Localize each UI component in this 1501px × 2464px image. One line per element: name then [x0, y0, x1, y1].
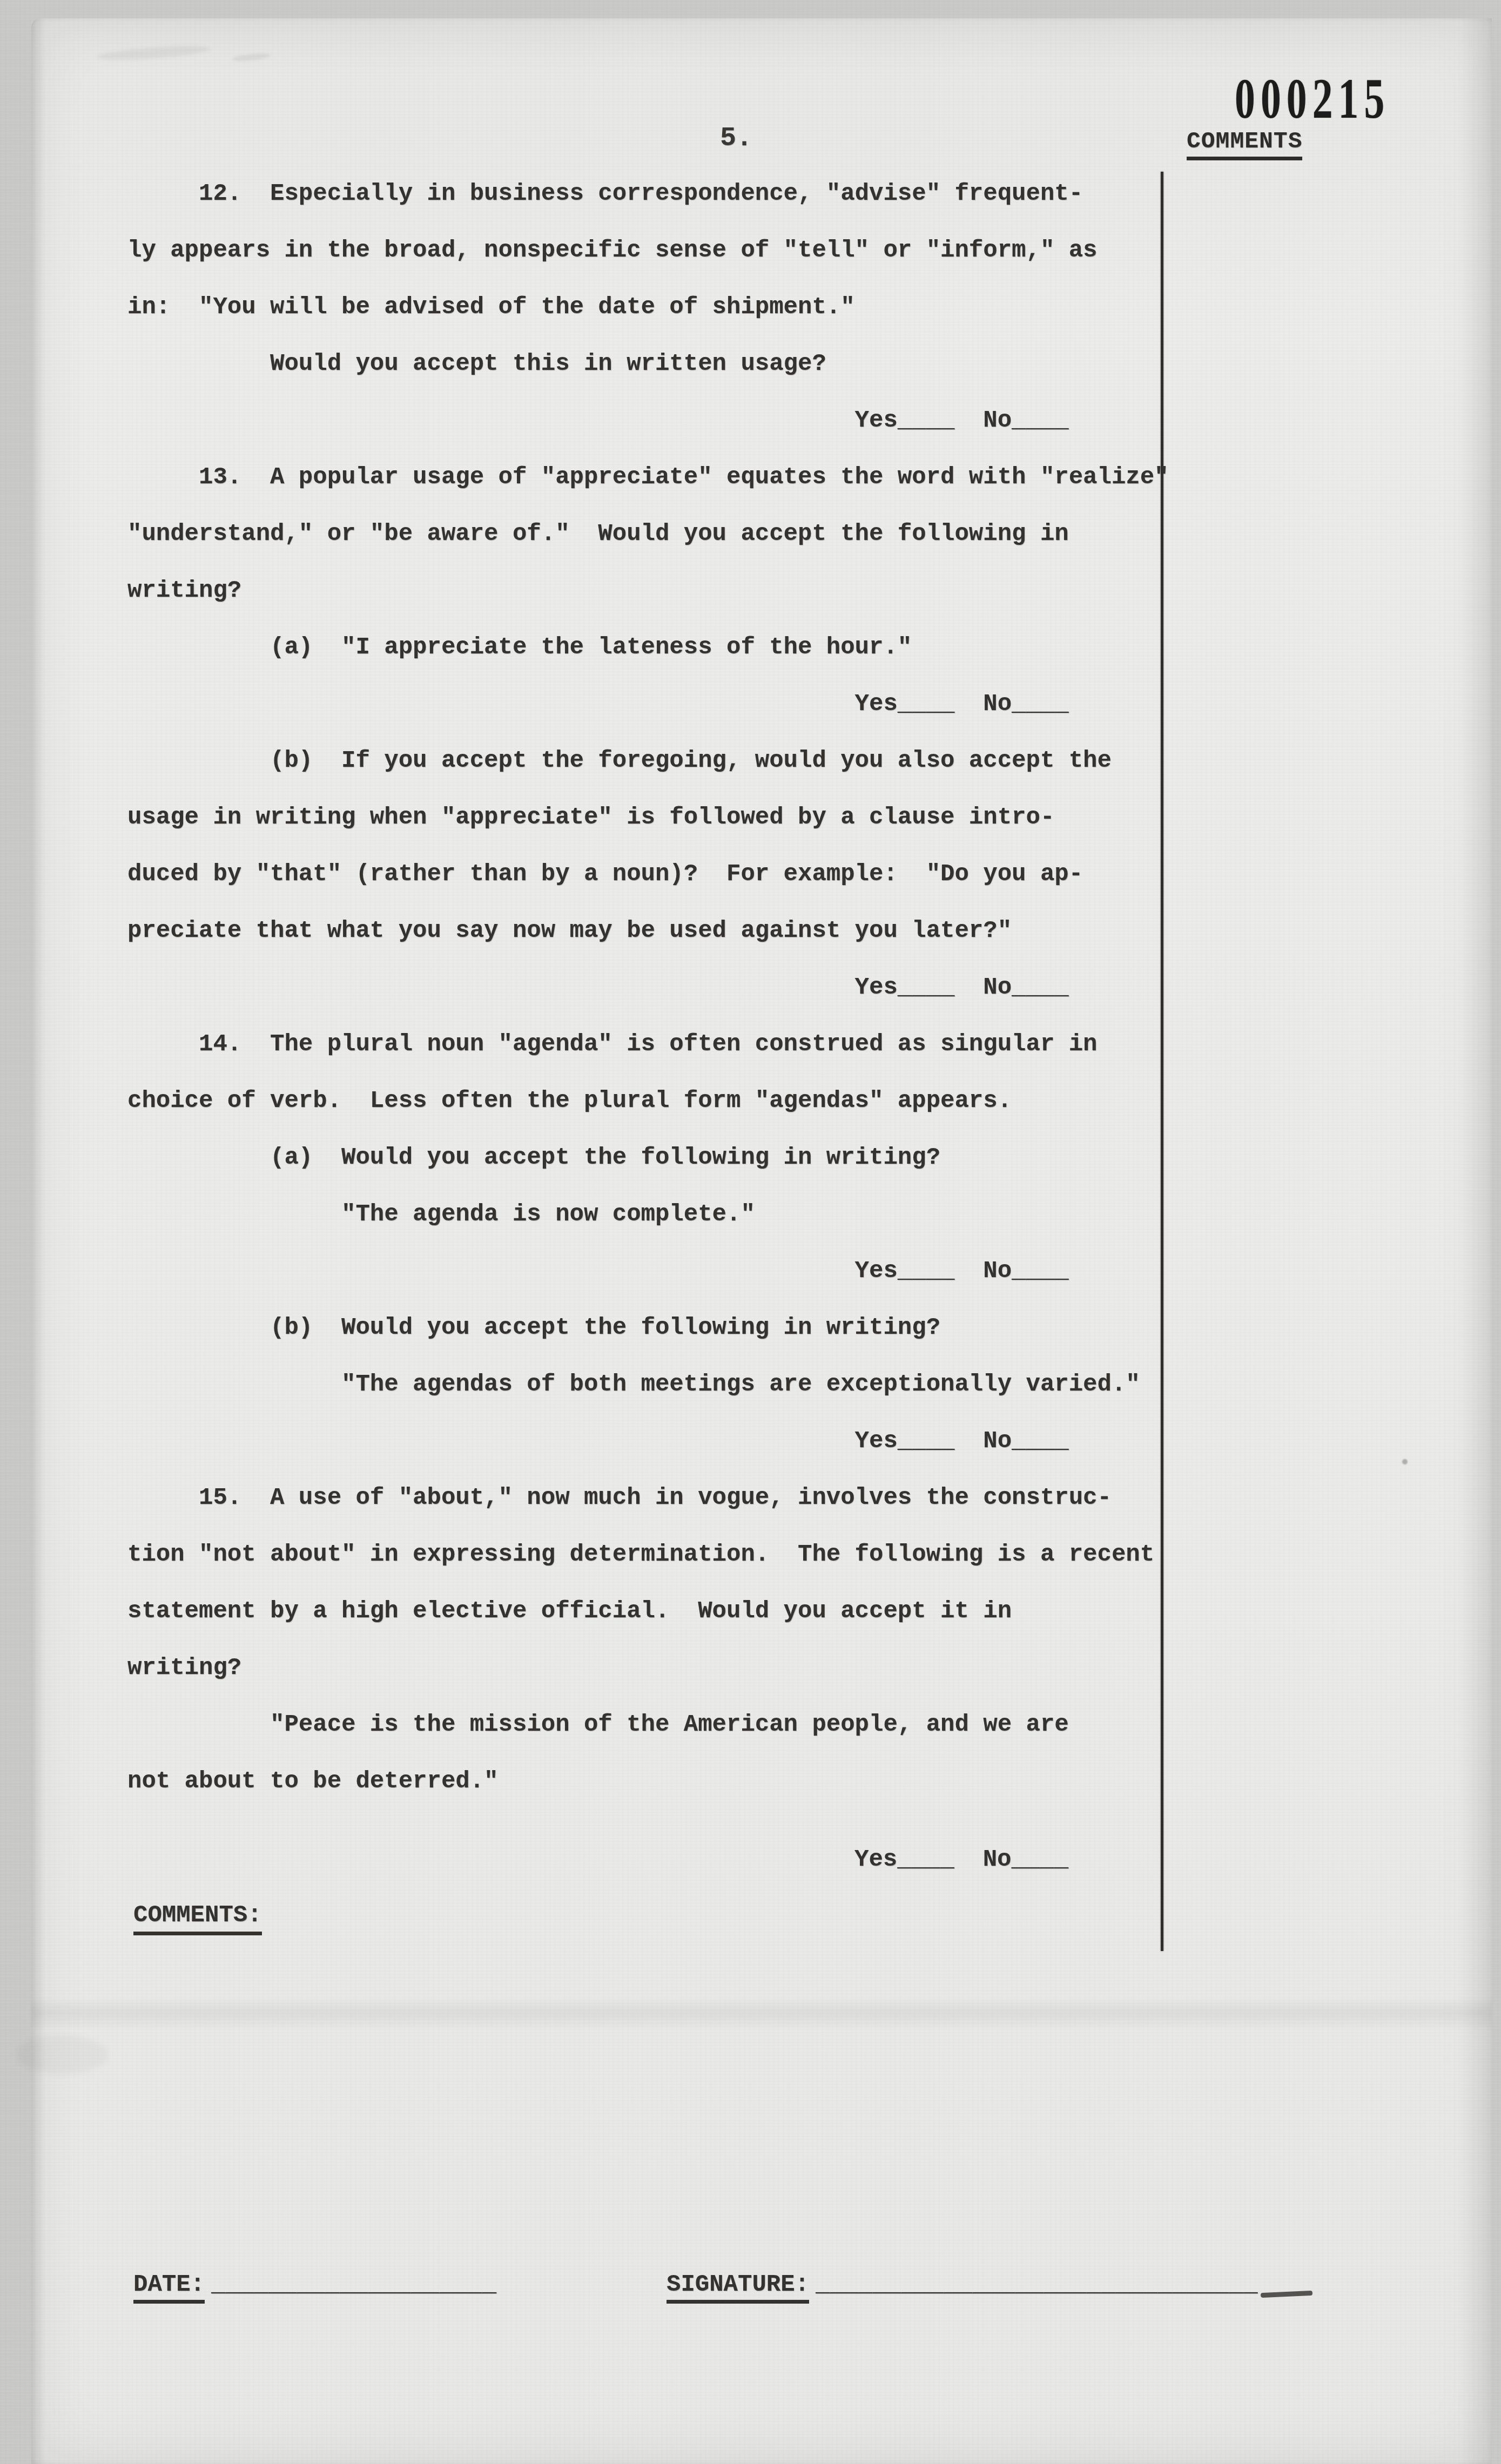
- typed-line: duced by "that" (rather than by a noun)?…: [127, 846, 1169, 903]
- typed-line: in: "You will be advised of the date of …: [127, 279, 1169, 336]
- typed-line: (b) If you accept the foregoing, would y…: [127, 733, 1169, 789]
- date-row: DATE:____________________: [133, 2270, 496, 2300]
- typed-line: writing?: [127, 563, 1169, 619]
- typed-line: 12. Especially in business correspondenc…: [127, 166, 1169, 222]
- comments-section-label: COMMENTS:: [133, 1901, 262, 1935]
- yes-no-row: Yes____ No____: [127, 676, 1169, 733]
- signature-row: SIGNATURE:______________________________…: [667, 2270, 1258, 2300]
- date-label: DATE:: [133, 2271, 205, 2304]
- signature-blank-line: _______________________________: [816, 2271, 1258, 2298]
- scanned-page: 000215 5. COMMENTS 12. Especially in bus…: [0, 0, 1501, 2464]
- typed-line: statement by a high elective official. W…: [127, 1583, 1169, 1640]
- typed-line: not about to be deterred.": [127, 1753, 1169, 1810]
- typed-line: 15. A use of "about," now much in vogue,…: [127, 1470, 1169, 1527]
- typed-line: "The agenda is now complete.": [127, 1186, 1169, 1243]
- typed-line: (a) "I appreciate the lateness of the ho…: [127, 619, 1169, 676]
- typed-body: 12. Especially in business correspondenc…: [127, 166, 1169, 1810]
- comments-column-header: COMMENTS: [1187, 130, 1302, 160]
- serial-number-stamp: 000215: [1235, 70, 1390, 127]
- page-number: 5.: [720, 125, 752, 152]
- yes-no-row: Yes____ No____: [127, 960, 1169, 1016]
- typed-line: ly appears in the broad, nonspecific sen…: [127, 222, 1169, 279]
- typed-line: "Peace is the mission of the American pe…: [127, 1697, 1169, 1753]
- typed-line: "The agendas of both meetings are except…: [127, 1356, 1169, 1413]
- typed-line: Would you accept this in written usage?: [127, 336, 1169, 393]
- yes-no-row: Yes____ No____: [127, 1413, 1169, 1470]
- typed-line: 13. A popular usage of "appreciate" equa…: [127, 449, 1169, 506]
- signature-label: SIGNATURE:: [667, 2271, 809, 2304]
- typed-line: writing?: [127, 1640, 1169, 1697]
- typed-line: choice of verb. Less often the plural fo…: [127, 1073, 1169, 1130]
- typed-line: "understand," or "be aware of." Would yo…: [127, 506, 1169, 563]
- yes-no-row: Yes____ No____: [127, 1243, 1169, 1300]
- yes-no-row: Yes____ No____: [854, 1832, 1068, 1888]
- typed-line: preciate that what you say now may be us…: [127, 903, 1169, 960]
- typed-line: usage in writing when "appreciate" is fo…: [127, 789, 1169, 846]
- ink-speck: [1402, 1459, 1408, 1464]
- typed-line: 14. The plural noun "agenda" is often co…: [127, 1016, 1169, 1073]
- typed-line: tion "not about" in expressing determina…: [127, 1527, 1169, 1583]
- fold-crease: [31, 1998, 1492, 2030]
- typed-line: (b) Would you accept the following in wr…: [127, 1300, 1169, 1356]
- yes-no-row: Yes____ No____: [127, 393, 1169, 449]
- typed-line: (a) Would you accept the following in wr…: [127, 1130, 1169, 1186]
- date-blank-line: ____________________: [211, 2271, 496, 2298]
